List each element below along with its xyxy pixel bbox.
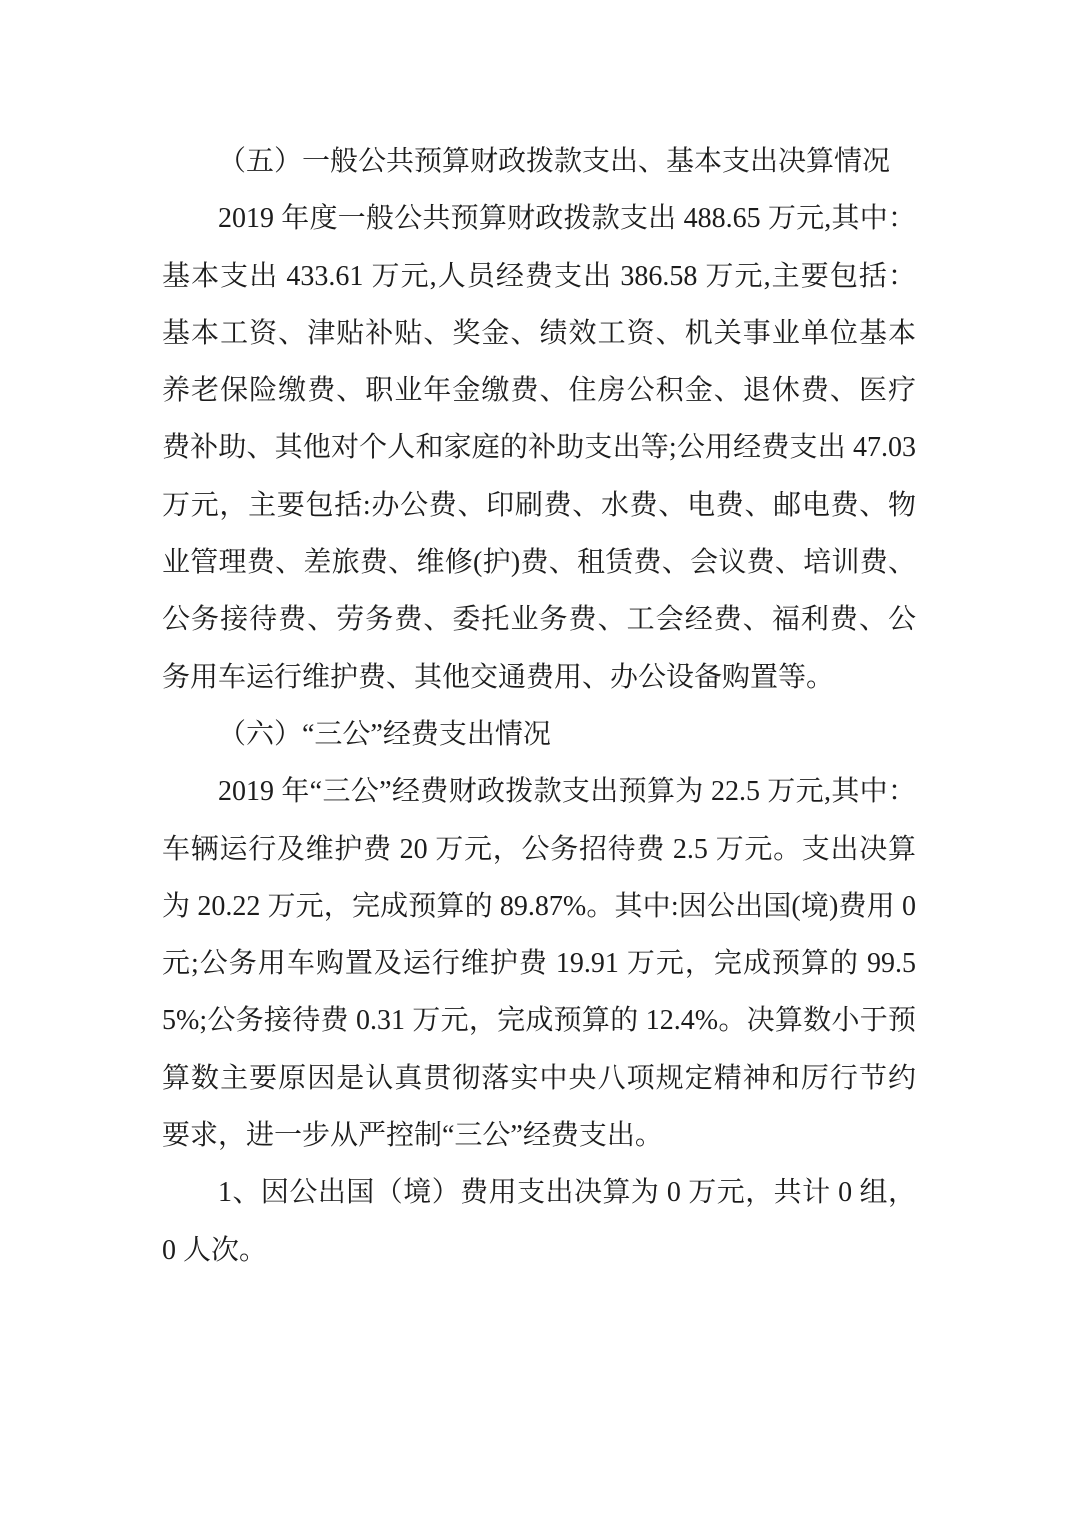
paragraph-general-public-budget-expenditure: 2019 年度一般公共预算财政拨款支出 488.65 万元,其中：基本支出 43… [162,190,916,706]
document-page: （五）一般公共预算财政拨款支出、基本支出决算情况 2019 年度一般公共预算财政… [0,0,1074,1520]
section-heading-six: （六）“三公”经费支出情况 [162,706,916,763]
document-body: （五）一般公共预算财政拨款支出、基本支出决算情况 2019 年度一般公共预算财政… [0,0,1074,1279]
paragraph-overseas-travel-expense: 1、因公出国（境）费用支出决算为 0 万元，共计 0 组， 0 人次。 [162,1164,916,1279]
section-heading-five: （五）一般公共预算财政拨款支出、基本支出决算情况 [162,133,916,190]
paragraph-three-public-funds-expenditure: 2019 年“三公”经费财政拨款支出预算为 22.5 万元,其中：车辆运行及维护… [162,763,916,1164]
